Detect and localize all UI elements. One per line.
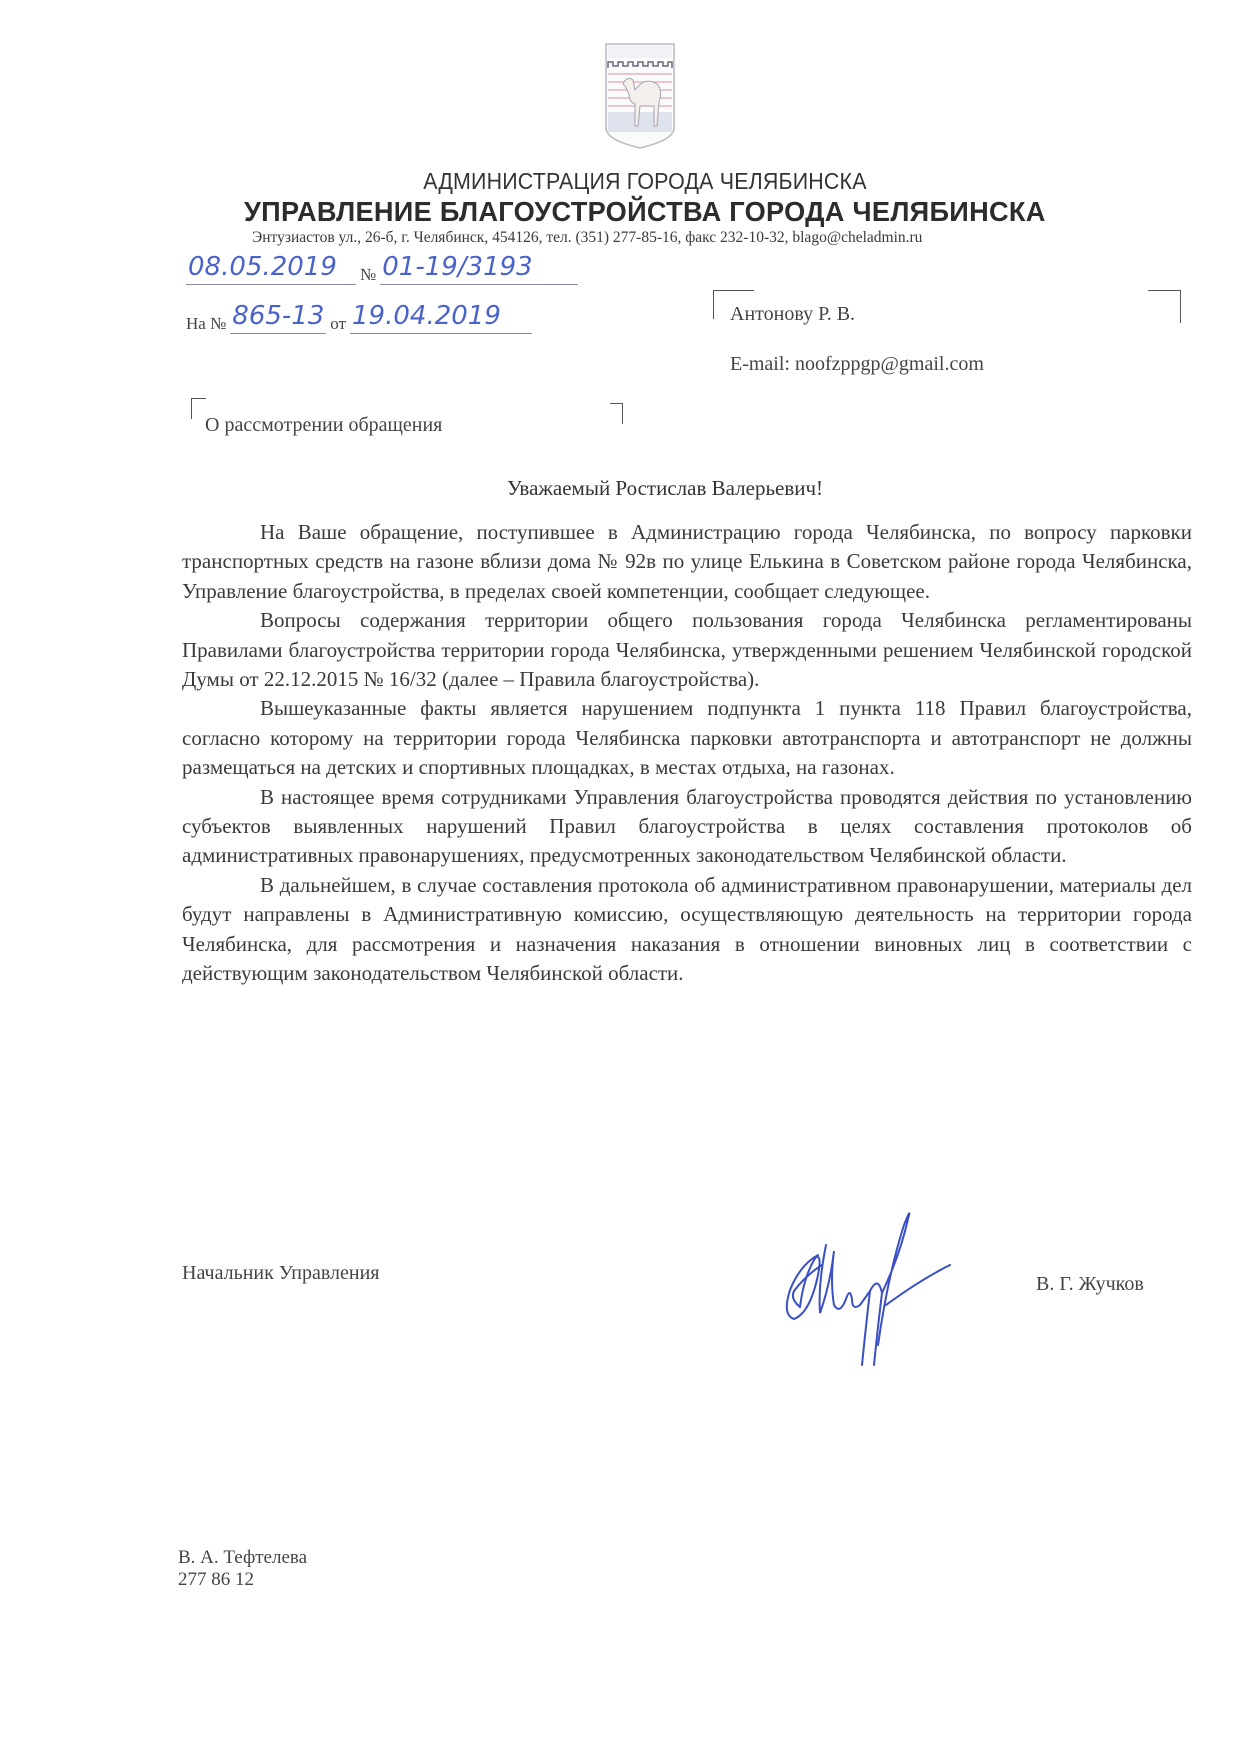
outgoing-date-field: 08.05.2019 <box>186 258 356 285</box>
executor-name: В. А. Тефтелева <box>178 1547 307 1569</box>
letter-subject: О рассмотрении обращения <box>205 414 442 437</box>
body-paragraph: На Ваше обращение, поступившее в Админис… <box>182 518 1192 606</box>
salutation: Уважаемый Ростислав Валерьевич! <box>0 476 1240 501</box>
department-title: УПРАВЛЕНИЕ БЛАГОУСТРОЙСТВА ГОРОДА ЧЕЛЯБИ… <box>244 196 1046 228</box>
number-label: № <box>356 265 380 284</box>
handwritten-signature-icon <box>760 1195 960 1375</box>
outgoing-number-field: 01-19/3193 <box>380 258 578 285</box>
reply-number-field: 865-13 <box>230 307 326 334</box>
signatory-title: Начальник Управления <box>182 1262 379 1285</box>
subject-corner-left <box>191 398 206 419</box>
outgoing-registration: 08.05.2019№01-19/3193 <box>186 258 578 285</box>
letter-body: На Ваше обращение, поступившее в Админис… <box>182 518 1192 989</box>
signatory-name: В. Г. Жучков <box>1036 1273 1144 1296</box>
handwritten-number: 01-19/3193 <box>382 252 532 282</box>
chelyabinsk-coat-of-arms-icon <box>604 42 676 150</box>
reply-number-label: На № <box>186 314 230 333</box>
administration-title: АДМИНИСТРАЦИЯ ГОРОДА ЧЕЛЯБИНСКА <box>45 168 1198 195</box>
subject-corner-right <box>610 403 623 424</box>
handwritten-reply-number: 865-13 <box>232 301 324 331</box>
reply-registration: На №865-13от19.04.2019 <box>186 307 532 334</box>
recipient-email: E-mail: noofzppgp@gmail.com <box>730 353 984 376</box>
handwritten-reply-date: 19.04.2019 <box>352 301 501 331</box>
department-address: Энтузиастов ул., 26-б, г. Челябинск, 454… <box>252 229 922 247</box>
body-paragraph: Вышеуказанные факты является нарушением … <box>182 694 1192 782</box>
executor-phone: 277 86 12 <box>178 1569 307 1591</box>
body-paragraph: Вопросы содержания территории общего пол… <box>182 606 1192 694</box>
reply-date-field: 19.04.2019 <box>350 307 532 334</box>
body-paragraph: В дальнейшем, в случае составления прото… <box>182 871 1192 989</box>
executor-info: В. А. Тефтелева 277 86 12 <box>178 1547 307 1591</box>
recipient-corner-right <box>1148 290 1181 323</box>
recipient-name: Антонову Р. В. <box>730 303 855 326</box>
body-paragraph: В настоящее время сотрудниками Управлени… <box>182 783 1192 871</box>
handwritten-date: 08.05.2019 <box>188 252 337 282</box>
from-label: от <box>326 314 350 333</box>
